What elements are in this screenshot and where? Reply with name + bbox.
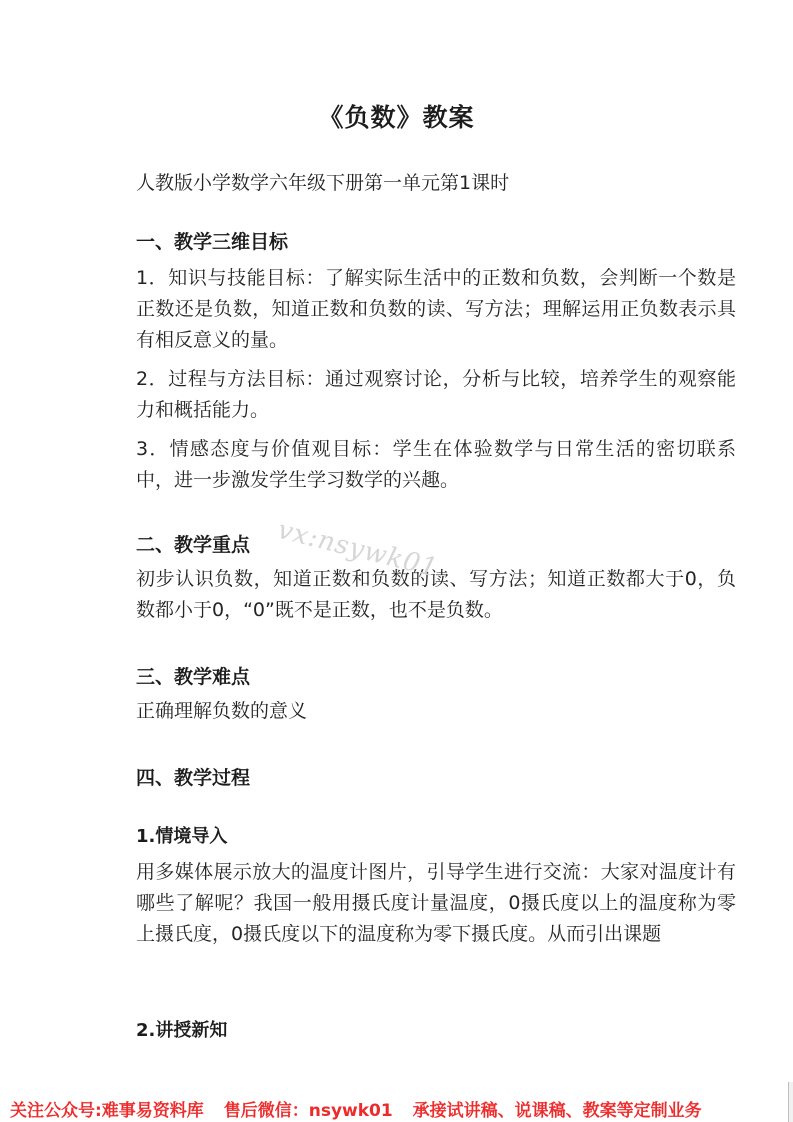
subsection-heading: 2.讲授新知 [136,1017,736,1045]
subsection-introduction: 1.情境导入 用多媒体展示放大的温度计图片，引导学生进行交流：大家对温度计有哪些… [136,823,736,950]
section-difficulties: 三、教学难点 正确理解负数的意义 [136,662,736,727]
section-objectives: 一、教学三维目标 1．知识与技能目标：了解实际生活中的正数和负数，会判断一个数是… [136,227,736,496]
footer-services: 承接试讲稿、说课稿、教案等定制业务 [413,1101,702,1121]
subsection-heading: 1.情境导入 [136,823,736,851]
paragraph: 1．知识与技能目标：了解实际生活中的正数和负数，会判断一个数是正数还是负数，知道… [136,263,736,356]
document-subtitle: 人教版小学数学六年级下册第一单元第1课时 [136,168,509,195]
document-page: 《负数》教案 人教版小学数学六年级下册第一单元第1课时 一、教学三维目标 1．知… [0,0,793,1122]
footer-banner: 关注公众号:难事易资料库 售后微信：nsywk01 承接试讲稿、说课稿、教案等定… [10,1096,702,1121]
paragraph: 用多媒体展示放大的温度计图片，引导学生进行交流：大家对温度计有哪些了解呢？我国一… [136,857,736,950]
section-process: 四、教学过程 [136,763,736,793]
paragraph: 2．过程与方法目标：通过观察讨论，分析与比较，培养学生的观察能力和概括能力。 [136,364,736,426]
footer-public-account: 关注公众号:难事易资料库 [10,1101,204,1121]
paragraph: 正确理解负数的意义 [136,696,736,727]
section-heading: 四、教学过程 [136,763,736,793]
page-edge-divider [788,1082,793,1122]
subsection-new-knowledge: 2.讲授新知 [136,1017,736,1045]
section-key-points: 二、教学重点 初步认识负数，知道正数和负数的读、写方法；知道正数都大于0，负数都… [136,530,736,626]
section-heading: 一、教学三维目标 [136,227,736,257]
document-title: 《负数》教案 [0,98,793,134]
section-heading: 三、教学难点 [136,662,736,692]
footer-wechat: 售后微信：nsywk01 [224,1101,393,1121]
paragraph: 3．情感态度与价值观目标：学生在体验数学与日常生活的密切联系中，进一步激发学生学… [136,434,736,496]
